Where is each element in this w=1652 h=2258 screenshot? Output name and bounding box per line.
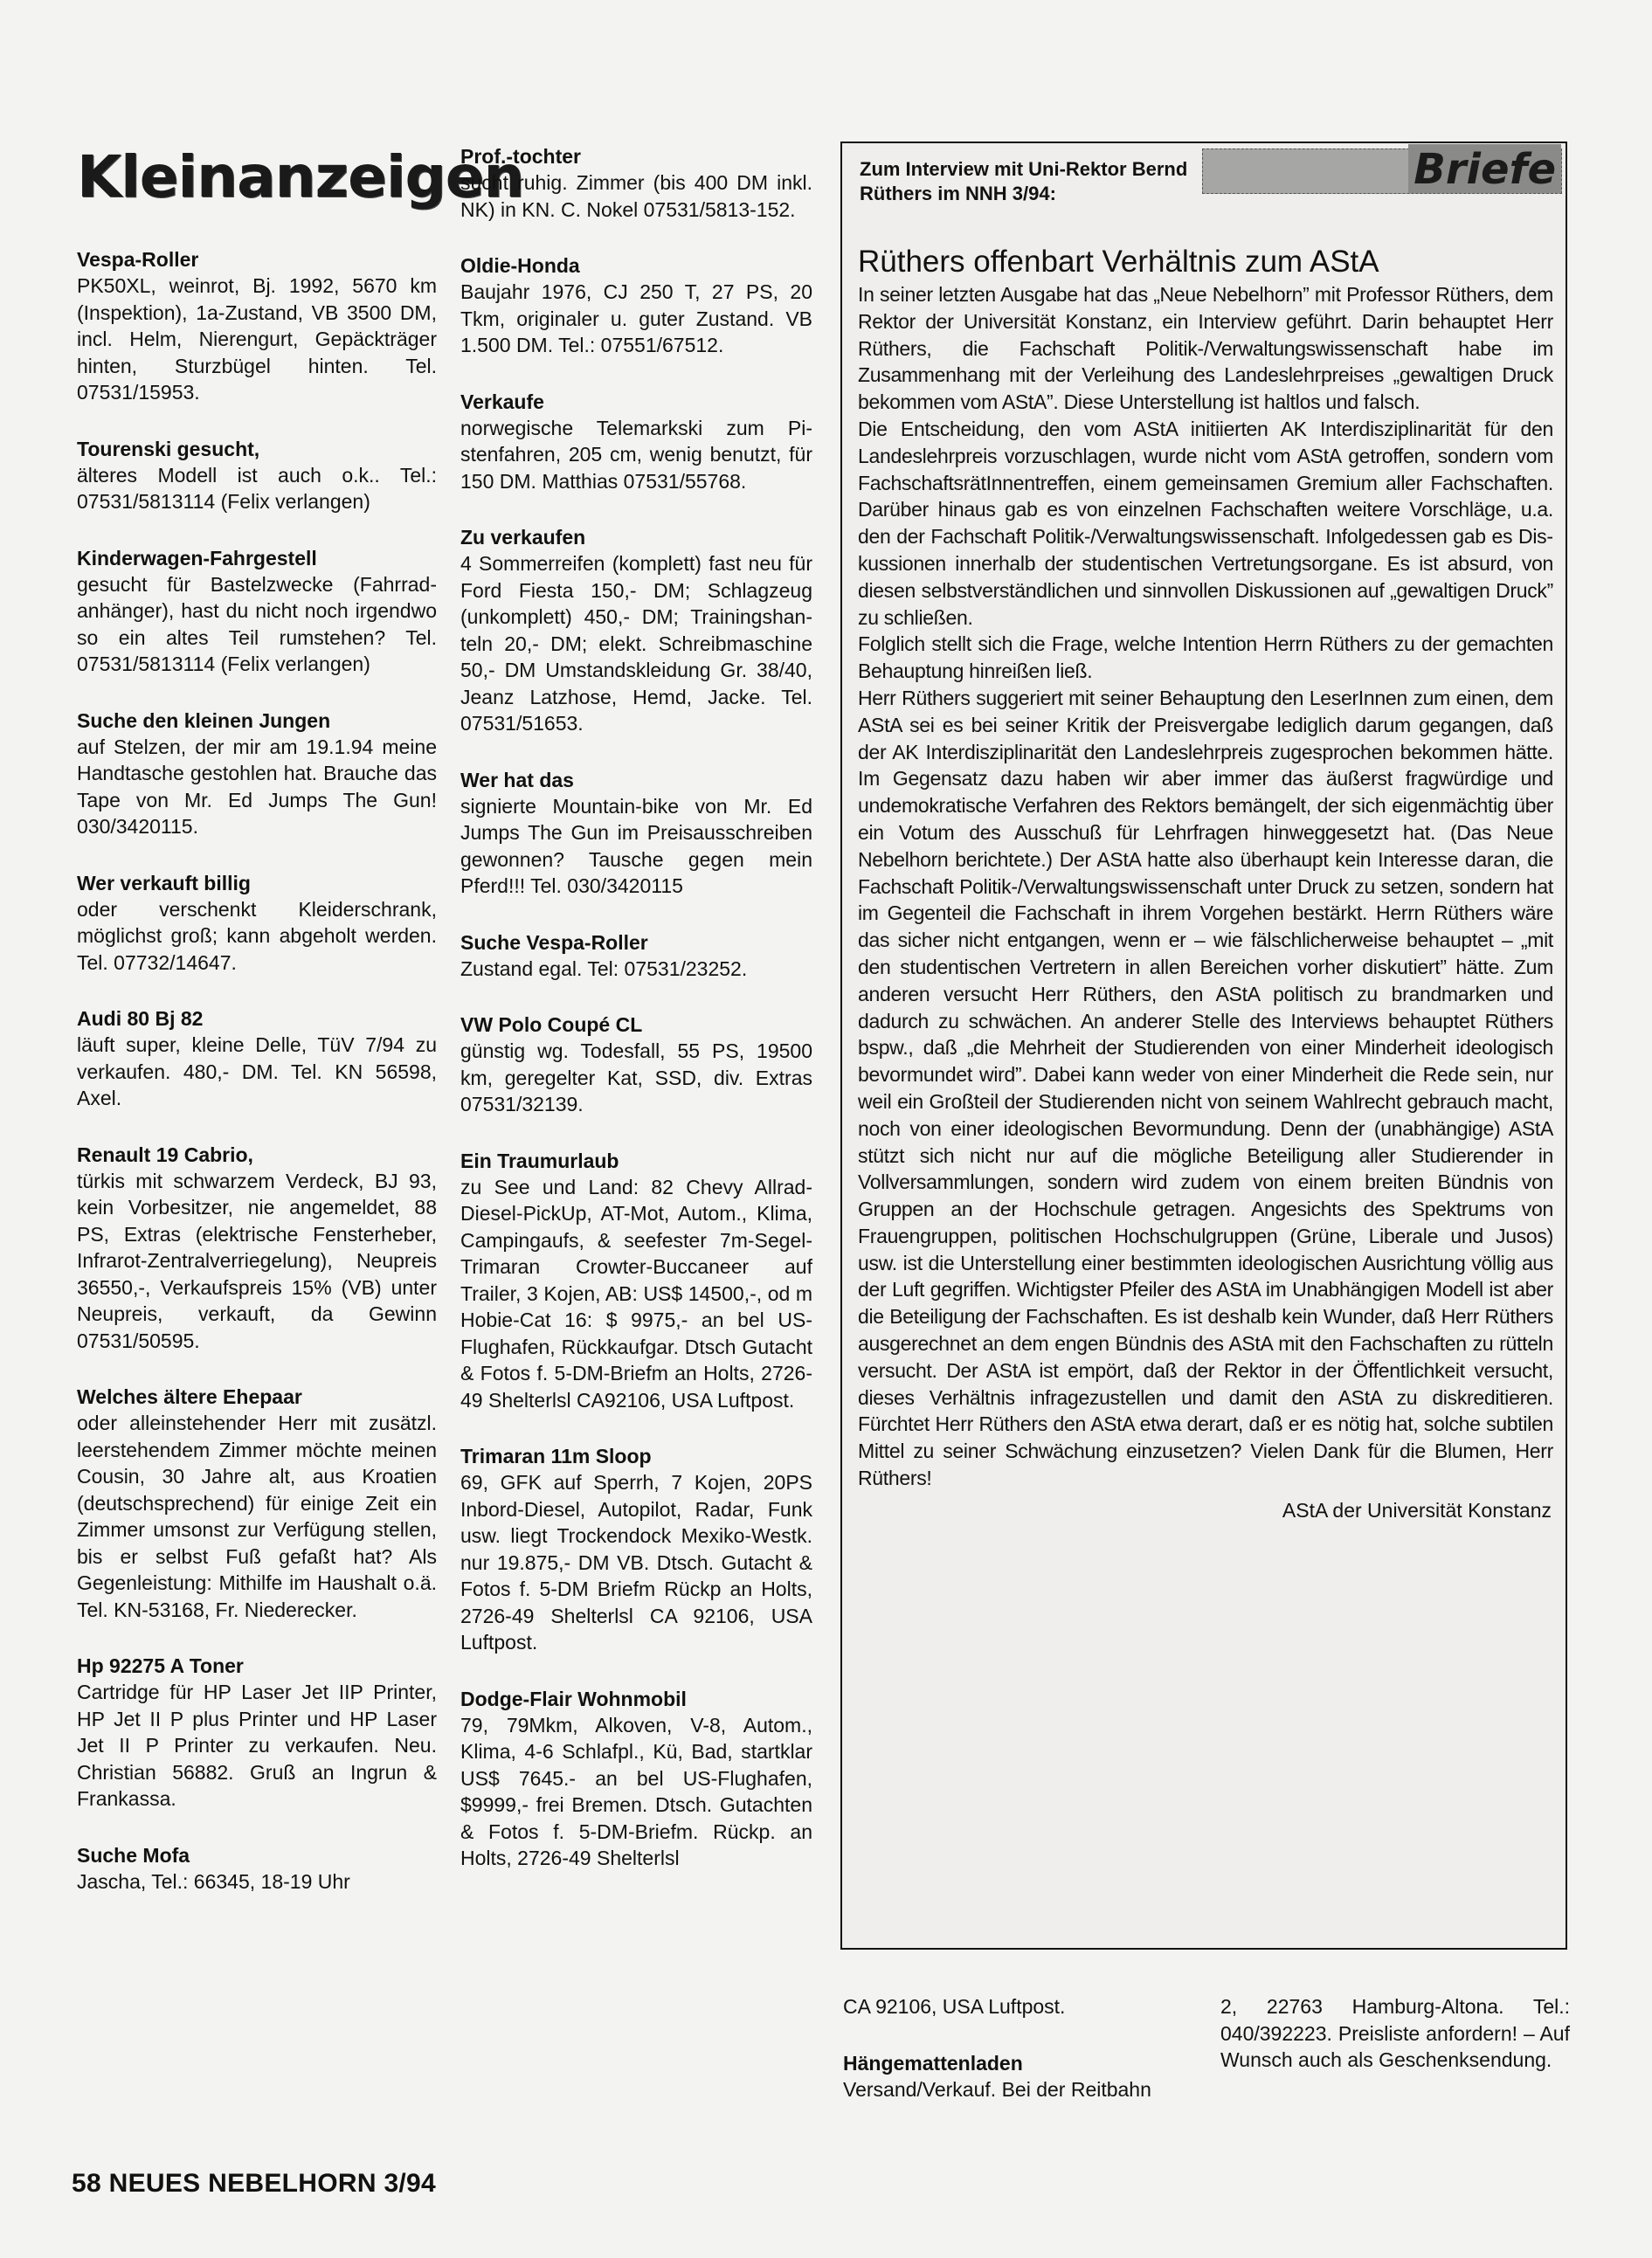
ad-title: Suche Mofa <box>77 1842 437 1868</box>
classified-ad: Renault 19 Cabrio,türkis mit schwarzem V… <box>77 1142 437 1355</box>
ad-continuation: CA 92106, USA Luftpost. <box>843 1993 1192 2020</box>
letter-paragraph: Die Entscheidung, den vom AStA initiiert… <box>858 416 1553 631</box>
section-label: Briefe <box>1408 144 1561 193</box>
ad-title: Renault 19 Cabrio, <box>77 1142 437 1168</box>
ad-body: läuft super, kleine Delle, TüV 7/94 zu v… <box>77 1032 437 1112</box>
ad-title: Ein Traumurlaub <box>460 1148 812 1174</box>
letter-body: In seiner letzten Ausgabe hat das „Neue … <box>858 281 1553 1492</box>
ad-title: Oldie-Honda <box>460 252 812 279</box>
classified-ad: Oldie-HondaBaujahr 1976, CJ 250 T, 27 PS… <box>460 252 812 359</box>
ad-title: Kinderwagen-Fahrgestell <box>77 545 437 571</box>
bottom-column-2: 2, 22763 Hamburg-Altona. Tel.: 040/39222… <box>1220 1993 1570 2074</box>
ad-title: Audi 80 Bj 82 <box>77 1005 437 1032</box>
bottom-column-1: CA 92106, USA Luftpost. Hängemattenladen… <box>843 1993 1192 2103</box>
ad-body: gesucht für Bastelzwecke (Fahrrad­anhäng… <box>77 571 437 678</box>
ad-title: Hängemattenladen <box>843 2050 1192 2077</box>
ad-title: Hp 92275 A Toner <box>77 1653 437 1679</box>
ad-title: Welches ältere Ehepaar <box>77 1384 437 1410</box>
classified-ad: Wer hat dassignierte Mountain-bike von M… <box>460 767 812 900</box>
classified-ad: Kinderwagen-Fahrgestellgesucht für Baste… <box>77 545 437 678</box>
ad-title: Trimaran 11m Sloop <box>460 1443 812 1469</box>
ad-body: türkis mit schwarzem Verdeck, BJ 93, kei… <box>77 1168 437 1355</box>
ad-continuation: 2, 22763 Hamburg-Altona. Tel.: 040/39222… <box>1220 1993 1570 2074</box>
ad-body: 69, GFK auf Sperrh, 7 Kojen, 20PS Inbord… <box>460 1469 812 1656</box>
page-footer: 58 NEUES NEBELHORN 3/94 <box>72 2169 436 2199</box>
ad-body: Baujahr 1976, CJ 250 T, 27 PS, 20 Tkm, o… <box>460 279 812 359</box>
ad-body: Zustand egal. Tel: 07531/23252. <box>460 956 812 983</box>
ad-body: 79, 79Mkm, Alkoven, V-8, Autom., Klima, … <box>460 1712 812 1872</box>
ad-body: Jascha, Tel.: 66345, 18-19 Uhr <box>77 1868 437 1895</box>
classified-ad: Suche den kleinen Jungenauf Stelzen, der… <box>77 708 437 840</box>
ad-title: Zu verkaufen <box>460 524 812 550</box>
classified-ad: Prof.-tochtersucht ruhig. Zimmer (bis 40… <box>460 143 812 223</box>
ad-body: zu See und Land: 82 Chevy Allrad-Diesel-… <box>460 1174 812 1414</box>
letter-signature: AStA der Universität Konstanz <box>853 1497 1552 1523</box>
classified-ad: Hp 92275 A TonerCartridge für HP Laser J… <box>77 1653 437 1813</box>
section-banner-briefe: Briefe <box>1202 148 1562 194</box>
letter-paragraph: Herr Rüthers suggeriert mit seiner Behau… <box>858 685 1553 1492</box>
letter-intro: Zum Interview mit Uni-Rektor Bernd Rüthe… <box>860 157 1192 206</box>
classified-ad: Suche MofaJascha, Tel.: 66345, 18-19 Uhr <box>77 1842 437 1895</box>
classified-ad: Audi 80 Bj 82läuft super, kleine Delle, … <box>77 1005 437 1112</box>
ad-title: Wer hat das <box>460 767 812 793</box>
letter-paragraph: Folglich stellt sich die Frage, welche I… <box>858 631 1553 685</box>
letter-paragraph: In seiner letzten Ausgabe hat das „Neue … <box>858 281 1553 416</box>
ad-title: VW Polo Coupé CL <box>460 1012 812 1038</box>
ad-body: 4 Sommerreifen (komplett) fast neu für F… <box>460 550 812 737</box>
ad-body: Versand/Verkauf. Bei der Reitbahn <box>843 2076 1192 2103</box>
classifieds-column-2: Prof.-tochtersucht ruhig. Zimmer (bis 40… <box>460 143 812 1902</box>
classified-ad: Welches ältere Ehepaaroder alleinstehend… <box>77 1384 437 1623</box>
ad-title: Suche Vespa-Roller <box>460 929 812 956</box>
ad-title: Tourenski gesucht, <box>77 436 437 462</box>
classified-ad: Vespa-RollerPK50XL, weinrot, Bj. 1992, 5… <box>77 246 437 406</box>
ad-title: Wer verkauft billig <box>77 870 437 896</box>
classified-ad: Verkaufenorwegische Telemarkski zum Pi­s… <box>460 389 812 495</box>
ad-title: Vespa-Roller <box>77 246 437 273</box>
ad-body: PK50XL, weinrot, Bj. 1992, 5670 km (Insp… <box>77 273 437 406</box>
classified-ad: VW Polo Coupé CLgünstig wg. Todesfall, 5… <box>460 1012 812 1118</box>
classified-ad: Tourenski gesucht,älteres Modell ist auc… <box>77 436 437 515</box>
ad-body: älteres Modell ist auch o.k.. Tel.: 0753… <box>77 462 437 515</box>
ad-body: auf Stelzen, der mir am 19.1.94 meine Ha… <box>77 734 437 840</box>
ad-body: günstig wg. Todesfall, 55 PS, 19500 km, … <box>460 1038 812 1118</box>
classified-ad: Suche Vespa-RollerZustand egal. Tel: 075… <box>460 929 812 983</box>
ad-body: sucht ruhig. Zimmer (bis 400 DM inkl. NK… <box>460 169 812 223</box>
ad-body: signierte Mountain-bike von Mr. Ed Jumps… <box>460 793 812 900</box>
classified-ad: Ein Traumurlaubzu See und Land: 82 Chevy… <box>460 1148 812 1414</box>
classified-ad: Wer verkauft billigoder verschenkt Kleid… <box>77 870 437 977</box>
ad-title: Prof.-tochter <box>460 143 812 169</box>
letter-to-editor-box: Zum Interview mit Uni-Rektor Bernd Rüthe… <box>840 142 1567 1950</box>
classified-ad: Dodge-Flair Wohnmobil79, 79Mkm, Alkoven,… <box>460 1686 812 1872</box>
letter-headline: Rüthers offenbart Verhältnis zum AStA <box>858 245 1553 280</box>
classified-ad: Zu verkaufen4 Sommerreifen (komplett) fa… <box>460 524 812 737</box>
ad-body: oder alleinstehender Herr mit zu­sätzl. … <box>77 1410 437 1623</box>
ad-title: Suche den kleinen Jungen <box>77 708 437 734</box>
ad-body: Cartridge für HP Laser Jet IIP Prin­ter,… <box>77 1679 437 1813</box>
ad-body: oder verschenkt Kleiderschrank, möglichs… <box>77 896 437 977</box>
ad-title: Dodge-Flair Wohnmobil <box>460 1686 812 1712</box>
section-masthead: Kleinanzeigen <box>77 147 437 208</box>
classified-ad: Trimaran 11m Sloop69, GFK auf Sperrh, 7 … <box>460 1443 812 1656</box>
ad-body: norwegische Telemarkski zum Pi­stenfahre… <box>460 415 812 495</box>
ad-title: Verkaufe <box>460 389 812 415</box>
classifieds-column-1: Kleinanzeigen Vespa-RollerPK50XL, weinro… <box>77 147 437 1924</box>
